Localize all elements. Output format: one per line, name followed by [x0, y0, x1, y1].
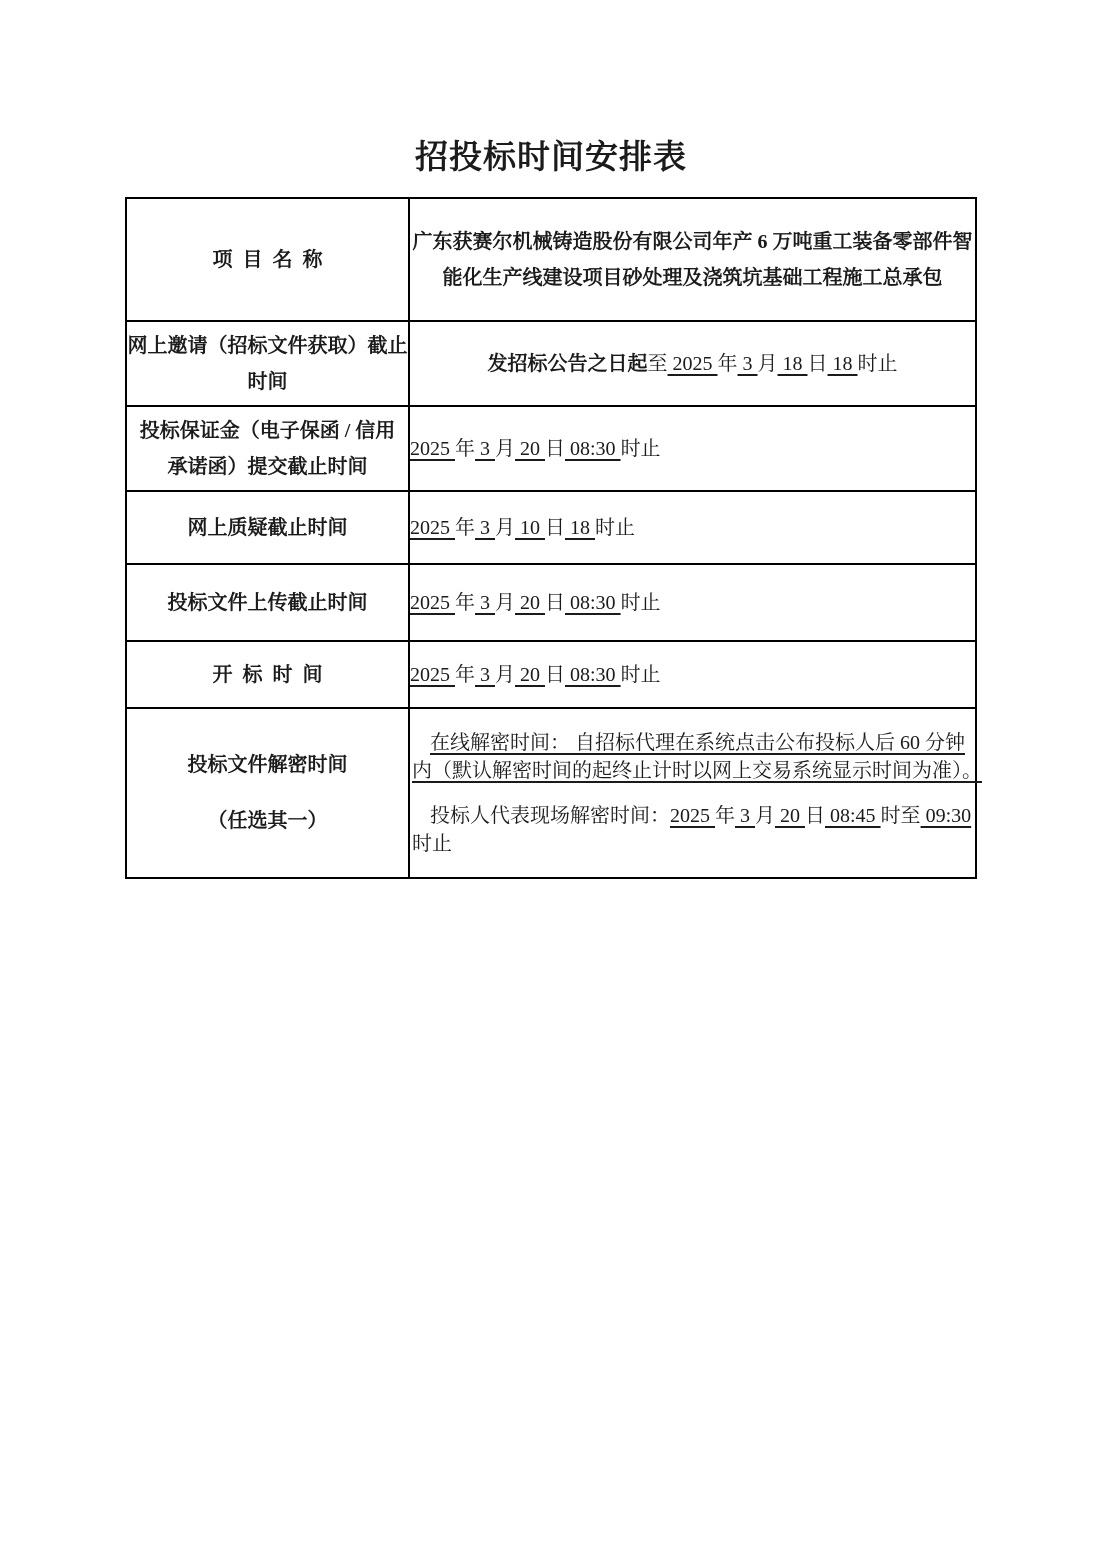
bid-bond-deadline-label: 投标保证金（电子保函 / 信用承诺函）提交截止时间	[126, 406, 409, 491]
label-line: 投标文件上传截止时间	[127, 585, 408, 621]
value-paragraph: 投标人代表现场解密时间：2025 年 3 月 20 日 08:45 时至 09:…	[412, 802, 975, 858]
text-segment: 日	[545, 438, 565, 460]
text-segment: 年	[715, 805, 735, 827]
text-segment: 月	[758, 353, 778, 375]
text-segment: 时止	[621, 592, 661, 614]
text-segment: 年	[455, 438, 475, 460]
label-line: （任选其一）	[127, 803, 408, 839]
text-segment: 时止	[595, 517, 635, 539]
text-segment: 时止	[858, 353, 898, 375]
text-segment: 月	[755, 805, 775, 827]
label-line: 投标文件解密时间	[127, 747, 408, 783]
bid-upload-deadline-value: 2025 年 3 月 20 日 08:30 时止	[409, 564, 976, 641]
text-segment: 月	[495, 664, 515, 686]
value-paragraph: 2025 年 3 月 10 日 18 时止	[410, 514, 975, 542]
text-segment: 能化生产线建设项目砂处理及浇筑坑基础工程施工总承包	[443, 267, 943, 289]
project-name-value: 广东获赛尔机械铸造股份有限公司年产 6 万吨重工装备零部件智能化生产线建设项目砂…	[409, 198, 976, 321]
bid-decryption-time-label: 投标文件解密时间（任选其一）	[126, 708, 409, 878]
text-segment: 至	[648, 353, 668, 375]
text-segment: 2025	[410, 517, 455, 539]
table-row-bid-decryption-time: 投标文件解密时间（任选其一）在线解密时间： 自招标代理在系统点击公布投标人后 6…	[126, 708, 976, 878]
bid-upload-deadline-label: 投标文件上传截止时间	[126, 564, 409, 641]
label-line: 项 目 名 称	[127, 242, 408, 278]
text-segment: 08:30	[565, 664, 621, 686]
text-segment: 2025	[670, 805, 715, 827]
label-line: 投标保证金（电子保函 / 信用	[127, 413, 408, 449]
bid-opening-time-label: 开 标 时 间	[126, 641, 409, 708]
table-row-bid-opening-time: 开 标 时 间2025 年 3 月 20 日 08:30 时止	[126, 641, 976, 708]
value-paragraph: 2025 年 3 月 20 日 08:30 时止	[410, 589, 975, 617]
value-paragraph: 广东获赛尔机械铸造股份有限公司年产 6 万吨重工装备零部件智能化生产线建设项目砂…	[410, 224, 975, 296]
text-segment: 3	[475, 438, 495, 460]
text-segment: 在线解密时间： 自招标代理在系统点击公布投标人后 60 分钟	[430, 732, 965, 754]
bid-bond-deadline-value: 2025 年 3 月 20 日 08:30 时止	[409, 406, 976, 491]
label-line: 承诺函）提交截止时间	[127, 449, 408, 485]
text-segment: 内（默认解密时间的起终止计时以网上交易系统显示时间为准）。	[412, 760, 982, 782]
value-paragraph: 发招标公告之日起至 2025 年 3 月 18 日 18 时止	[410, 350, 975, 378]
label-line: 时间	[127, 364, 408, 400]
value-paragraph: 2025 年 3 月 20 日 08:30 时止	[410, 661, 975, 689]
text-segment: 广东获赛尔机械铸造股份有限公司年产 6 万吨重工装备零部件智	[413, 231, 973, 253]
table-row-online-query-deadline: 网上质疑截止时间2025 年 3 月 10 日 18 时止	[126, 491, 976, 564]
text-segment: 日	[545, 664, 565, 686]
text-segment: 时止	[621, 664, 661, 686]
text-segment: 时止	[621, 438, 661, 460]
text-segment: 08:45	[825, 805, 881, 827]
text-segment: 年	[455, 664, 475, 686]
text-segment: 3	[475, 592, 495, 614]
table-row-bid-bond-deadline: 投标保证金（电子保函 / 信用承诺函）提交截止时间2025 年 3 月 20 日…	[126, 406, 976, 491]
text-segment: 09:30	[921, 805, 972, 827]
text-segment: 日	[545, 592, 565, 614]
text-segment: 18	[565, 517, 595, 539]
text-segment: 2025	[410, 664, 455, 686]
text-segment: 08:30	[565, 592, 621, 614]
value-paragraph: 在线解密时间： 自招标代理在系统点击公布投标人后 60 分钟内（默认解密时间的起…	[412, 729, 975, 785]
online-invitation-deadline-value: 发招标公告之日起至 2025 年 3 月 18 日 18 时止	[409, 321, 976, 406]
table-row-project-name: 项 目 名 称广东获赛尔机械铸造股份有限公司年产 6 万吨重工装备零部件智能化生…	[126, 198, 976, 321]
text-segment: 18	[778, 353, 808, 375]
text-segment: 20	[515, 438, 545, 460]
text-segment: 月	[495, 592, 515, 614]
value-paragraph: 2025 年 3 月 20 日 08:30 时止	[410, 435, 975, 463]
text-segment: 月	[495, 438, 515, 460]
online-invitation-deadline-label: 网上邀请（招标文件获取）截止时间	[126, 321, 409, 406]
online-query-deadline-label: 网上质疑截止时间	[126, 491, 409, 564]
text-segment: 日	[805, 805, 825, 827]
text-segment: 10	[515, 517, 545, 539]
label-line: 网上邀请（招标文件获取）截止	[127, 328, 408, 364]
text-segment: 3	[735, 805, 755, 827]
bid-decryption-time-value: 在线解密时间： 自招标代理在系统点击公布投标人后 60 分钟内（默认解密时间的起…	[409, 708, 976, 878]
text-segment: 18	[828, 353, 858, 375]
schedule-table-body: 项 目 名 称广东获赛尔机械铸造股份有限公司年产 6 万吨重工装备零部件智能化生…	[126, 198, 976, 878]
text-segment: 2025	[410, 592, 455, 614]
text-segment: 2025	[410, 438, 455, 460]
text-segment: 3	[475, 664, 495, 686]
text-segment: 时至	[881, 805, 921, 827]
document-page: 招投标时间安排表 项 目 名 称广东获赛尔机械铸造股份有限公司年产 6 万吨重工…	[0, 0, 1102, 1559]
text-segment: 2025	[668, 353, 718, 375]
text-segment: 时止	[412, 833, 452, 855]
text-segment: 08:30	[565, 438, 621, 460]
text-segment: 20	[515, 592, 545, 614]
text-segment: 日	[545, 517, 565, 539]
text-segment: 年	[455, 592, 475, 614]
text-segment: 年	[718, 353, 738, 375]
label-line: 网上质疑截止时间	[127, 510, 408, 546]
text-segment: 发招标公告之日起	[488, 353, 648, 375]
project-name-label: 项 目 名 称	[126, 198, 409, 321]
schedule-table: 项 目 名 称广东获赛尔机械铸造股份有限公司年产 6 万吨重工装备零部件智能化生…	[125, 197, 977, 879]
label-line: 开 标 时 间	[127, 657, 408, 693]
text-segment: 年	[455, 517, 475, 539]
text-segment: 3	[475, 517, 495, 539]
text-segment: 20	[775, 805, 805, 827]
page-title: 招投标时间安排表	[0, 131, 1102, 178]
text-segment: 投标人代表现场解密时间：	[430, 805, 670, 827]
text-segment: 3	[738, 353, 758, 375]
text-segment: 日	[808, 353, 828, 375]
bid-opening-time-value: 2025 年 3 月 20 日 08:30 时止	[409, 641, 976, 708]
text-segment: 月	[495, 517, 515, 539]
online-query-deadline-value: 2025 年 3 月 10 日 18 时止	[409, 491, 976, 564]
text-segment: 20	[515, 664, 545, 686]
table-row-bid-upload-deadline: 投标文件上传截止时间2025 年 3 月 20 日 08:30 时止	[126, 564, 976, 641]
table-row-online-invitation-deadline: 网上邀请（招标文件获取）截止时间发招标公告之日起至 2025 年 3 月 18 …	[126, 321, 976, 406]
